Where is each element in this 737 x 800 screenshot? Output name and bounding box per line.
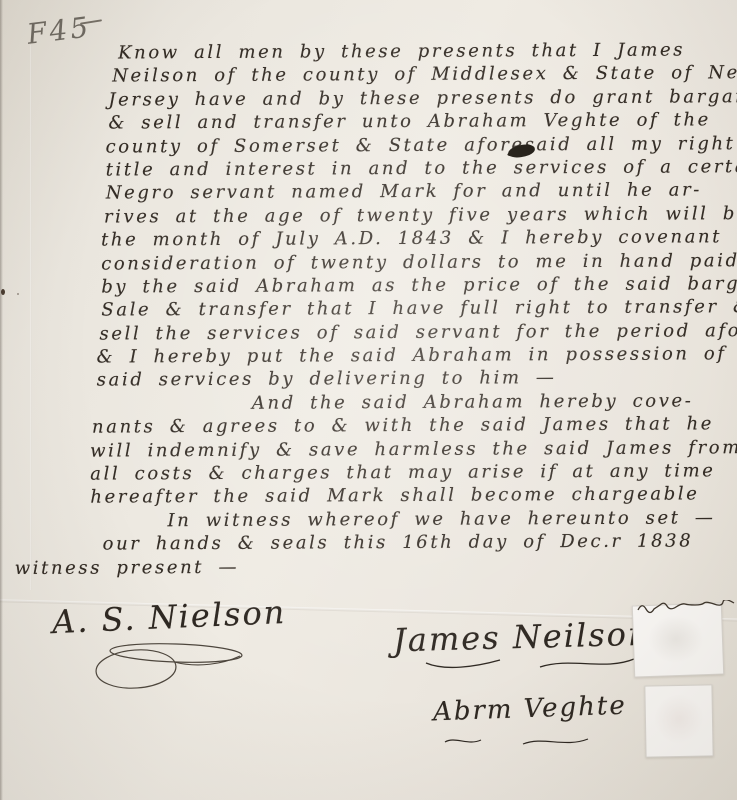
manuscript-line: the month of July A.D. 1843 & I hereby c… (101, 225, 733, 252)
manuscript-line: rives at the age of twenty five years wh… (104, 202, 733, 229)
manuscript-line: Sale & transfer that I have full right t… (101, 296, 733, 323)
manuscript-line: And the said Abraham hereby cove- (252, 389, 734, 415)
manuscript-line: hereafter the said Mark shall become cha… (90, 483, 734, 510)
manuscript-line: county of Somerset & State aforesaid all… (105, 132, 732, 159)
paper-speck (1, 289, 5, 295)
witness-present-line: witness present — (15, 553, 735, 580)
manuscript-line: Jersey have and by these presents do gra… (108, 85, 732, 112)
manuscript-line: Negro servant named Mark for and until h… (106, 179, 733, 206)
photo-left-edge-shadow (0, 0, 3, 800)
manuscript-line: nants & agrees to & with the said James … (92, 412, 734, 439)
grantor-signature: James Neilson (393, 615, 651, 660)
witness-signature: A. S. Nielson (51, 593, 287, 641)
manuscript-line: sell the services of said servant for th… (99, 319, 733, 346)
manuscript-line: Neilson of the county of Middlesex & Sta… (112, 62, 732, 89)
manuscript-line: & I hereby put the said Abraham in posse… (97, 342, 734, 369)
manuscript-text: Know all men by these presents that I Ja… (12, 38, 735, 580)
patch-stain (654, 694, 705, 745)
manuscript-line: consideration of twenty dollars to me in… (101, 249, 733, 276)
witness-signature-flourish (88, 640, 248, 695)
grantee-signature-flourish (443, 734, 593, 750)
grantor-signature-flourish (420, 655, 640, 673)
patch-stain (647, 614, 705, 664)
manuscript-line: all costs & charges that may arise if at… (90, 459, 734, 486)
manuscript-line: & sell and transfer unto Abraham Veghte … (108, 108, 732, 135)
manuscript-line: title and interest in and to the service… (106, 155, 733, 182)
manuscript-photo: F45 Know all men by these presents that … (0, 0, 737, 800)
manuscript-line: our hands & seals this 16th day of Dec.r… (103, 529, 735, 556)
grantee-signature: Abrm Veghte (433, 691, 628, 728)
manuscript-line: by the said Abraham as the price of the … (101, 272, 733, 299)
pasted-paper-patch-bottom (644, 684, 713, 757)
manuscript-line: said services by delivering to him — (97, 366, 734, 393)
clipped-handwriting-over-patch (636, 600, 736, 614)
manuscript-line: will indemnify & save harmless the said … (90, 436, 734, 463)
manuscript-line: Know all men by these presents that I Ja… (118, 38, 732, 65)
manuscript-line: In witness whereof we have hereunto set … (167, 506, 734, 532)
